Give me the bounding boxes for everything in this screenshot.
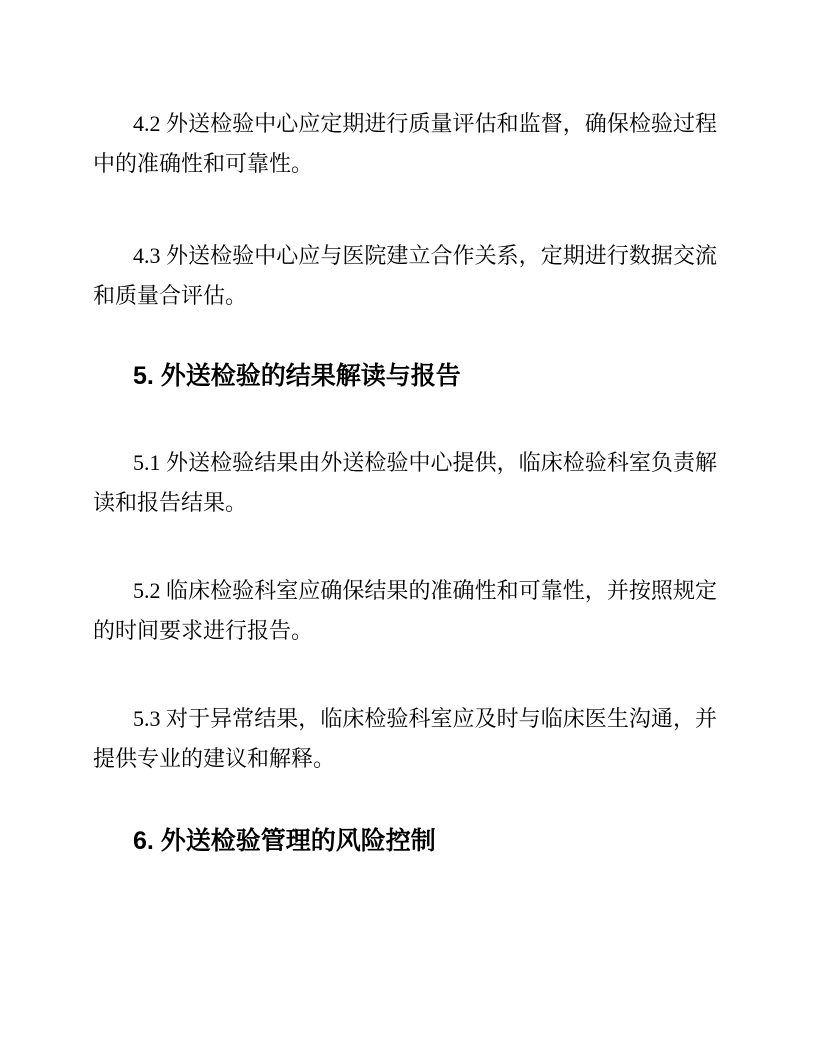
document-body: 4.2 外送检验中心应定期进行质量评估和监督，确保检验过程 中的准确性和可靠性。…	[93, 104, 717, 862]
paragraph-line: 和质量合评估。	[93, 276, 717, 316]
paragraph-line: 提供专业的建议和解释。	[93, 739, 717, 779]
paragraph-5-2: 5.2 临床检验科室应确保结果的准确性和可靠性，并按照规定 的时间要求进行报告。	[93, 571, 717, 651]
paragraph-5-1: 5.1 外送检验结果由外送检验中心提供，临床检验科室负责解 读和报告结果。	[93, 443, 717, 523]
paragraph-line: 5.1 外送检验结果由外送检验中心提供，临床检验科室负责解	[93, 443, 717, 483]
paragraph-line: 5.2 临床检验科室应确保结果的准确性和可靠性，并按照规定	[93, 571, 717, 611]
paragraph-line: 4.3 外送检验中心应与医院建立合作关系，定期进行数据交流	[93, 236, 717, 276]
paragraph-5-3: 5.3 对于异常结果，临床检验科室应及时与临床医生沟通，并 提供专业的建议和解释…	[93, 699, 717, 779]
paragraph-line: 中的准确性和可靠性。	[93, 144, 717, 184]
section-heading-6: 6. 外送检验管理的风险控制	[93, 820, 717, 862]
paragraph-line: 的时间要求进行报告。	[93, 611, 717, 651]
section-heading-5: 5. 外送检验的结果解读与报告	[93, 355, 717, 397]
document-page: 4.2 外送检验中心应定期进行质量评估和监督，确保检验过程 中的准确性和可靠性。…	[0, 0, 816, 1056]
paragraph-line: 读和报告结果。	[93, 483, 717, 523]
paragraph-4-2: 4.2 外送检验中心应定期进行质量评估和监督，确保检验过程 中的准确性和可靠性。	[93, 104, 717, 184]
paragraph-line: 4.2 外送检验中心应定期进行质量评估和监督，确保检验过程	[93, 104, 717, 144]
paragraph-4-3: 4.3 外送检验中心应与医院建立合作关系，定期进行数据交流 和质量合评估。	[93, 236, 717, 316]
paragraph-line: 5.3 对于异常结果，临床检验科室应及时与临床医生沟通，并	[93, 699, 717, 739]
